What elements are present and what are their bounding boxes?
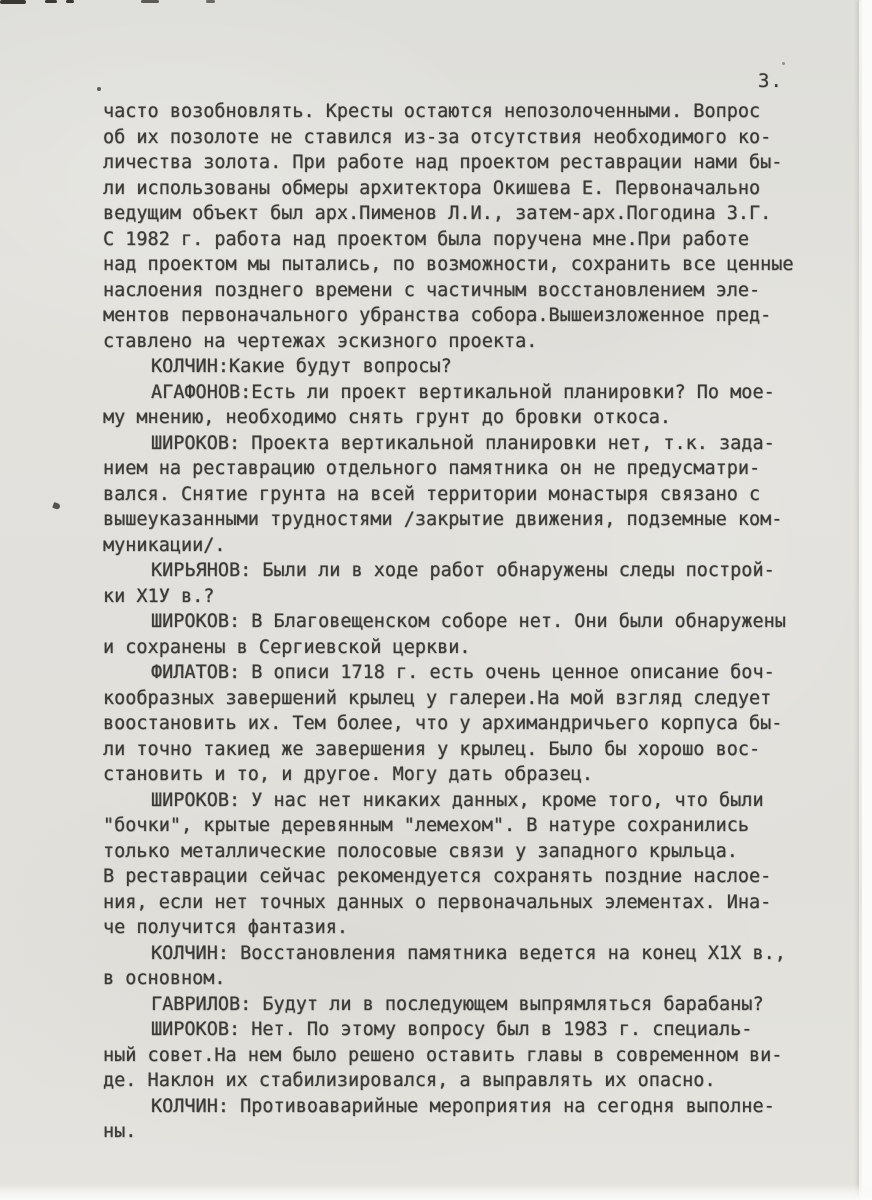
ink-speck xyxy=(97,87,101,91)
text-line: ШИРОКОВ: У нас нет никаких данных, кроме… xyxy=(103,788,815,814)
text-line: становить и то, и другое. Могу дать обра… xyxy=(103,762,815,788)
ink-speck xyxy=(782,62,785,65)
text-line: только металлические полосовые связи у з… xyxy=(103,839,815,865)
scan-edge-artifact xyxy=(45,0,57,3)
text-line: над проектом мы пытались, по возможности… xyxy=(103,252,815,278)
text-line: кообразных завершений крылец у галереи.Н… xyxy=(103,686,815,712)
page-number: 3. xyxy=(758,70,783,92)
scan-edge-artifact xyxy=(0,0,26,4)
text-line: ведущим объект был арх.Пименов Л.И., зат… xyxy=(103,201,815,227)
text-line: ШИРОКОВ: Проекта вертикальной планировки… xyxy=(103,431,815,457)
text-line: ки Х1У в.? xyxy=(103,584,815,610)
text-line: ный совет.На нем было решено оставить гл… xyxy=(103,1043,815,1069)
text-line: ния, если нет точных данных о первоначал… xyxy=(103,890,815,916)
scan-edge-artifact xyxy=(206,0,215,3)
text-line: вышеуказанными трудностями /закрытие дви… xyxy=(103,507,815,533)
scanned-page: 3. часто возобновлять. Кресты остаются н… xyxy=(0,0,872,1200)
text-line: наслоения позднего времени с частичным в… xyxy=(103,278,815,304)
scan-edge-artifact xyxy=(66,0,74,3)
text-line: нием на реставрацию отдельного памятника… xyxy=(103,456,815,482)
text-line: ставлено на чертежах эскизного проекта. xyxy=(103,329,815,355)
text-line: вался. Снятие грунта на всей территории … xyxy=(103,482,815,508)
text-line: воостановить их. Тем более, что у архима… xyxy=(103,711,815,737)
text-line: в основном. xyxy=(103,966,815,992)
text-line: му мнению, необходимо снять грунт до бро… xyxy=(103,405,815,431)
text-line: че получится фантазия. xyxy=(103,915,815,941)
text-line: ли использованы обмеры архитектора Окише… xyxy=(103,176,815,202)
text-line: ли точно такиед же завершения у крылец. … xyxy=(103,737,815,763)
text-line: и сохранены в Сергиевской церкви. xyxy=(103,635,815,661)
paper-right-edge xyxy=(861,0,872,1200)
text-line: личества золота. При работе над проектом… xyxy=(103,150,815,176)
text-line: В реставрации сейчас рекомендуется сохра… xyxy=(103,864,815,890)
text-line: КОЛЧИН: Восстановления памятника ведется… xyxy=(103,941,815,967)
text-line: С 1982 г. работа над проектом была поруч… xyxy=(103,227,815,253)
text-line: ны. xyxy=(103,1119,815,1145)
text-line: муникации/. xyxy=(103,533,815,559)
text-line: де. Наклон их стабилизировался, а выправ… xyxy=(103,1068,815,1094)
text-line: КИРЬЯНОВ: Были ли в ходе работ обнаружен… xyxy=(103,558,815,584)
text-line: об их позолоте не ставился из-за отсутст… xyxy=(103,125,815,151)
text-line: АГАФОНОВ:Есть ли проект вертикальной пла… xyxy=(103,380,815,406)
text-line: ШИРОКОВ: Нет. По этому вопросу был в 198… xyxy=(103,1017,815,1043)
text-line: ШИРОКОВ: В Благовещенском соборе нет. Он… xyxy=(103,609,815,635)
text-line: КОЛЧИН:Какие будут вопросы? xyxy=(103,354,815,380)
text-line: КОЛЧИН: Противоаварийные мероприятия на … xyxy=(103,1094,815,1120)
text-line: ФИЛАТОВ: В описи 1718 г. есть очень ценн… xyxy=(103,660,815,686)
paper-bottom-edge xyxy=(0,1184,872,1200)
text-line: "бочки", крытые деревянным "лемехом". В … xyxy=(103,813,815,839)
ink-speck xyxy=(52,502,61,510)
text-line: ГАВРИЛОВ: Будут ли в последующем выпрямл… xyxy=(103,992,815,1018)
text-line: часто возобновлять. Кресты остаются непо… xyxy=(103,99,815,125)
scan-edge-artifact xyxy=(141,0,159,3)
document-text: часто возобновлять. Кресты остаются непо… xyxy=(103,99,815,1145)
text-line: ментов первоначального убранства собора.… xyxy=(103,303,815,329)
